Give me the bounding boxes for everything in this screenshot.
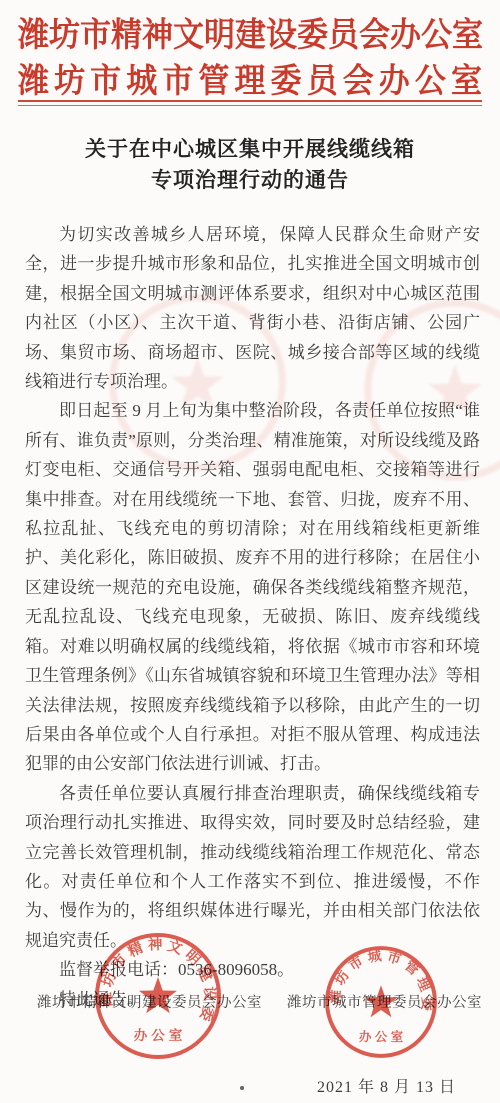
letterhead-character: 办 — [390, 7, 421, 56]
letterhead-character: 办 — [379, 53, 410, 102]
letterhead-character: 员 — [307, 53, 338, 102]
letterhead-character: 理 — [234, 53, 265, 102]
letterhead-character: 委 — [297, 7, 328, 56]
letterhead-line-2: 潍坊市城市管理委员会办公室 — [18, 52, 482, 102]
official-seal-right: 潍坊市城市管理委员会 办公室 — [320, 941, 442, 1063]
letterhead-character: 室 — [451, 53, 482, 102]
letterhead-line-1: 潍坊市精神文明建设委员会办公室 — [18, 6, 482, 56]
letterhead-character: 坊 — [49, 7, 80, 56]
letterhead-character: 管 — [198, 53, 229, 102]
letterhead: 潍坊市精神文明建设委员会办公室 潍坊市城市管理委员会办公室 — [18, 8, 482, 100]
letterhead-divider-thick — [18, 100, 482, 102]
notice-title-line-1: 关于在中心城区集中开展线缆线箱 — [20, 134, 480, 165]
letterhead-character: 潍 — [18, 7, 49, 56]
issue-date: 2021 年 8 月 13 日 — [317, 1074, 456, 1097]
notice-body: 为切实改善城乡人居环境，保障人民群众生命财产安全，进一步提升城市形象和品位，扎实… — [25, 220, 480, 1014]
body-paragraph-2: 即日起至 9 月上旬为集中整治阶段，各责任单位按照“谁所有、谁负责”原则，分类治… — [25, 396, 480, 778]
letterhead-character: 明 — [204, 7, 235, 56]
body-paragraph-1: 为切实改善城乡人居环境，保障人民群众生命财产安全，进一步提升城市形象和品位，扎实… — [25, 220, 480, 396]
letterhead-character: 坊 — [54, 53, 85, 102]
letterhead-character: 市 — [90, 53, 121, 102]
letterhead-divider-thin — [18, 105, 482, 106]
letterhead-character: 市 — [80, 7, 111, 56]
letterhead-character: 文 — [173, 7, 204, 56]
notice-title-line-2: 专项治理行动的通告 — [20, 165, 480, 196]
seal-office-text: 办公室 — [134, 1027, 187, 1043]
notice-title: 关于在中心城区集中开展线缆线箱 专项治理行动的通告 — [20, 134, 480, 196]
letterhead-character: 精 — [111, 7, 142, 56]
scanned-notice-page: 潍坊市精神文明建设委员会办公室 潍坊市城市管理委员会办公室 关于在中心城区集中开… — [0, 0, 500, 1103]
letterhead-character: 神 — [142, 7, 173, 56]
letterhead-character: 委 — [271, 53, 302, 102]
letterhead-character: 市 — [162, 53, 193, 102]
scan-artifact-dot — [240, 1086, 244, 1090]
official-seal-left: 潍坊市精神文明建设委员会 办公室 — [89, 927, 227, 1065]
letterhead-character: 室 — [452, 7, 483, 56]
seal-star-icon — [364, 985, 398, 1017]
letterhead-character: 城 — [126, 53, 157, 102]
letterhead-character: 会 — [359, 7, 390, 56]
letterhead-character: 潍 — [18, 53, 49, 102]
letterhead-character: 会 — [343, 53, 374, 102]
letterhead-character: 公 — [415, 53, 446, 102]
seal-star-icon — [139, 977, 177, 1013]
letterhead-character: 设 — [266, 7, 297, 56]
letterhead-character: 员 — [328, 7, 359, 56]
seal-office-text: 办公室 — [359, 1029, 407, 1044]
letterhead-character: 公 — [421, 7, 452, 56]
letterhead-character: 建 — [235, 7, 266, 56]
